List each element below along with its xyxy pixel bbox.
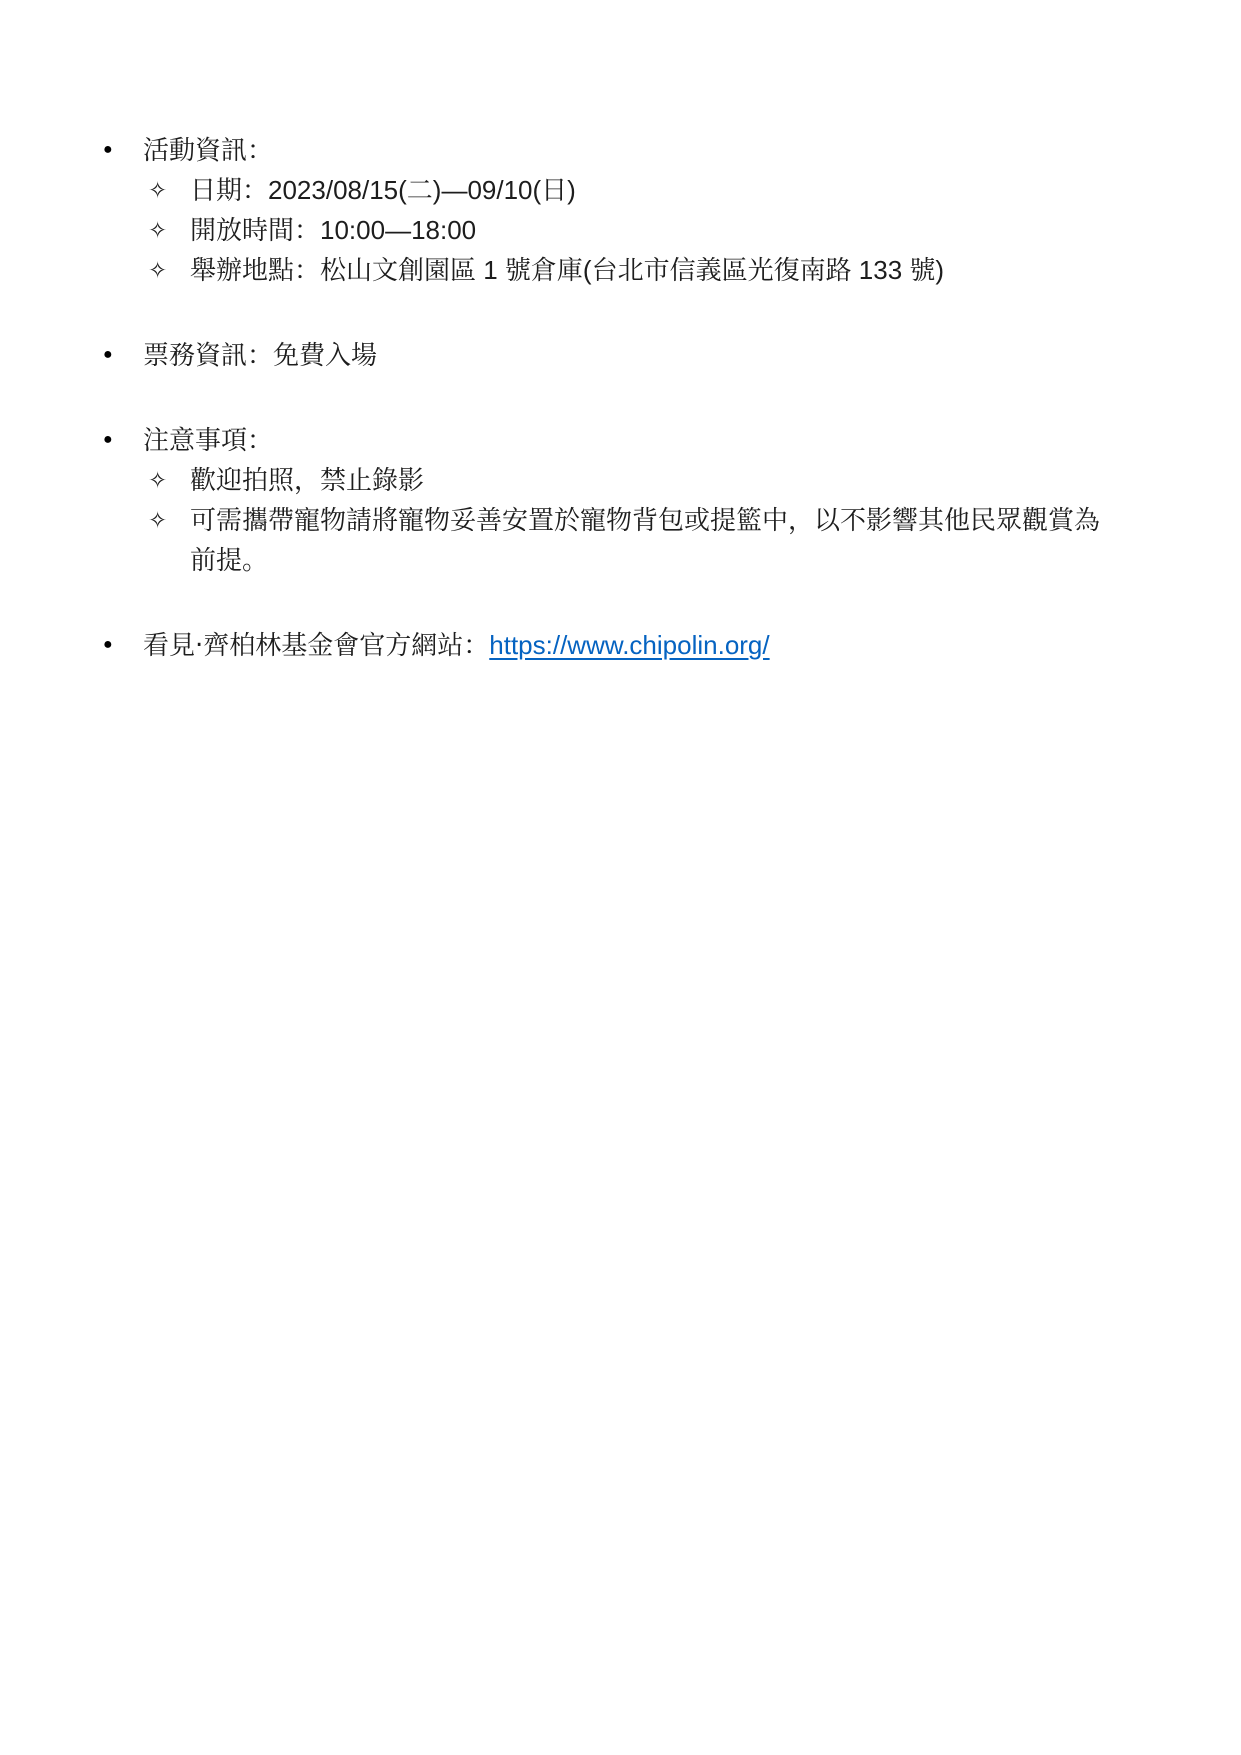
list-item: ✧ 開放時間：10:00—18:00: [148, 210, 1116, 250]
bullet-diamond-icon: ✧: [148, 210, 190, 250]
photo-policy-text: 歡迎拍照，禁止錄影: [190, 460, 1116, 500]
bullet-disc-icon: ●: [103, 625, 143, 665]
pet-policy-text: 可需攜帶寵物請將寵物妥善安置於寵物背包或提籃中，以不影響其他民眾觀賞為前提。: [190, 500, 1116, 580]
website-label: 看見‧齊柏林基金會官方網站：: [143, 630, 489, 660]
section-website: ● 看見‧齊柏林基金會官方網站：https://www.chipolin.org…: [103, 625, 1116, 665]
section-event-info: ● 活動資訊： ✧ 日期：2023/08/15(二)—09/10(日) ✧ 開放…: [103, 130, 1116, 290]
event-date-text: 日期：2023/08/15(二)—09/10(日): [190, 170, 1116, 210]
section-notes: ● 注意事項： ✧ 歡迎拍照，禁止錄影 ✧ 可需攜帶寵物請將寵物妥善安置於寵物背…: [103, 420, 1116, 580]
list-item: ● 活動資訊：: [103, 130, 1116, 170]
bullet-diamond-icon: ✧: [148, 250, 190, 290]
bullet-disc-icon: ●: [103, 335, 143, 375]
ticket-info-text: 票務資訊：免費入場: [143, 335, 1116, 375]
bullet-disc-icon: ●: [103, 130, 143, 170]
open-hours-text: 開放時間：10:00—18:00: [190, 210, 1116, 250]
section-ticket-info: ● 票務資訊：免費入場: [103, 335, 1116, 375]
list-item: ● 票務資訊：免費入場: [103, 335, 1116, 375]
bullet-diamond-icon: ✧: [148, 170, 190, 210]
section-title: 注意事項：: [143, 420, 1116, 460]
bullet-disc-icon: ●: [103, 420, 143, 460]
list-item: ● 看見‧齊柏林基金會官方網站：https://www.chipolin.org…: [103, 625, 1116, 665]
venue-text: 舉辦地點：松山文創園區 1 號倉庫(台北市信義區光復南路 133 號): [190, 250, 1116, 290]
list-item: ✧ 歡迎拍照，禁止錄影: [148, 460, 1116, 500]
list-item: ✧ 可需攜帶寵物請將寵物妥善安置於寵物背包或提籃中，以不影響其他民眾觀賞為前提。: [148, 500, 1116, 580]
list-item: ✧ 舉辦地點：松山文創園區 1 號倉庫(台北市信義區光復南路 133 號): [148, 250, 1116, 290]
website-link[interactable]: https://www.chipolin.org/: [489, 630, 769, 660]
website-line: 看見‧齊柏林基金會官方網站：https://www.chipolin.org/: [143, 625, 1116, 665]
bullet-diamond-icon: ✧: [148, 500, 190, 540]
list-item: ✧ 日期：2023/08/15(二)—09/10(日): [148, 170, 1116, 210]
document-page: ● 活動資訊： ✧ 日期：2023/08/15(二)—09/10(日) ✧ 開放…: [0, 0, 1241, 1755]
list-item: ● 注意事項：: [103, 420, 1116, 460]
bullet-diamond-icon: ✧: [148, 460, 190, 500]
section-title: 活動資訊：: [143, 130, 1116, 170]
